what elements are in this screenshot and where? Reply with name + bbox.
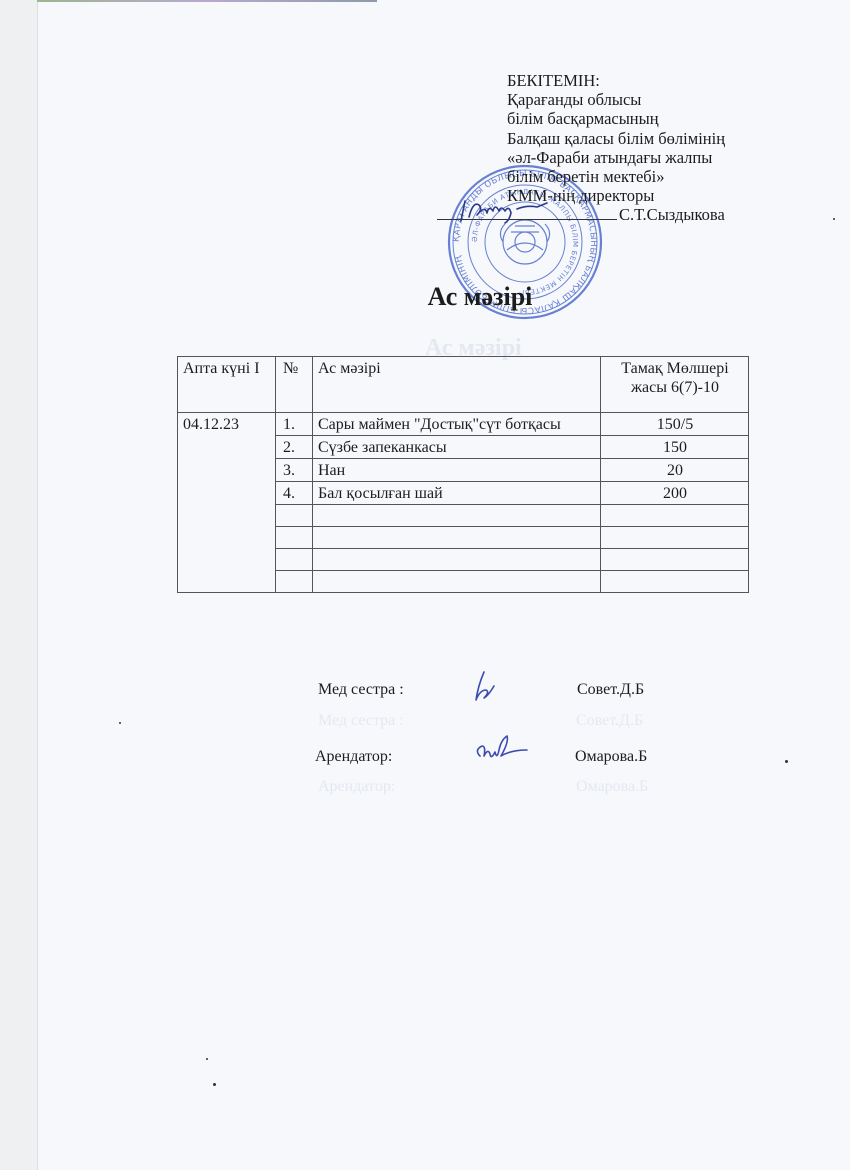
row-dish [313, 505, 601, 527]
bleed-through-sig-1-name: Совет.Д.Б [576, 712, 643, 730]
row-num: 3. [276, 459, 313, 482]
row-num [276, 571, 313, 593]
header-dish: Ас мәзірі [313, 357, 601, 413]
approval-line: «әл-Фараби атындағы жалпы [507, 148, 725, 167]
menu-table: Апта күні І № Ас мәзірі Тамақ Мөлшері жа… [177, 356, 749, 593]
bleed-through-sig-1: Мед сестра : [318, 712, 404, 730]
scan-speck [213, 1083, 216, 1086]
row-num [276, 505, 313, 527]
scan-speck [833, 218, 835, 220]
approval-line: білім беретін мектебі» [507, 167, 725, 186]
approval-line: Қарағанды облысы [507, 90, 725, 109]
nurse-signature-icon [470, 670, 500, 704]
row-num [276, 527, 313, 549]
director-name: С.Т.Сыздыкова [619, 205, 725, 224]
approval-heading: БЕКІТЕМІН: [507, 71, 725, 90]
row-amount [601, 571, 749, 593]
row-num: 4. [276, 482, 313, 505]
row-amount: 150/5 [601, 413, 749, 436]
bleed-through-sig-2-name: Омарова.Б [576, 778, 648, 796]
row-amount: 150 [601, 436, 749, 459]
header-num: № [276, 357, 313, 413]
scan-speck [119, 722, 121, 724]
row-amount [601, 549, 749, 571]
approval-block: БЕКІТЕМІН: Қарағанды облысы білім басқар… [507, 71, 725, 225]
scan-page-edge [0, 0, 38, 1170]
row-dish: Сары маймен "Достық"сүт ботқасы [313, 413, 601, 436]
table-row: 04.12.23 1. Сары маймен "Достық"сүт ботқ… [178, 413, 749, 436]
emblem-icon [500, 220, 549, 264]
row-dish [313, 549, 601, 571]
director-signature-icon [457, 195, 557, 225]
row-num: 2. [276, 436, 313, 459]
director-signature-row: С.Т.Сыздыкова [437, 205, 725, 224]
row-amount [601, 527, 749, 549]
row-dish: Сүзбе запеканкасы [313, 436, 601, 459]
approval-line: Балқаш қаласы білім бөлімінің [507, 129, 725, 148]
table-header-row: Апта күні І № Ас мәзірі Тамақ Мөлшері жа… [178, 357, 749, 413]
nurse-label: Мед сестра : [318, 681, 404, 699]
scan-speck [785, 760, 788, 763]
nurse-name: Совет.Д.Б [577, 681, 644, 699]
scan-top-edge [37, 0, 377, 2]
row-amount: 200 [601, 482, 749, 505]
row-amount: 20 [601, 459, 749, 482]
menu-date: 04.12.23 [178, 413, 276, 593]
header-day: Апта күні І [178, 357, 276, 413]
tenant-label: Арендатор: [315, 748, 392, 766]
bleed-through-sig-2: Арендатор: [318, 778, 395, 796]
row-dish: Нан [313, 459, 601, 482]
row-amount [601, 505, 749, 527]
tenant-name: Омарова.Б [575, 748, 647, 766]
row-num: 1. [276, 413, 313, 436]
approval-line: білім басқармасының [507, 109, 725, 128]
row-dish [313, 571, 601, 593]
page-title: Ас мәзірі [0, 282, 850, 312]
row-dish [313, 527, 601, 549]
row-dish: Бал қосылған шай [313, 482, 601, 505]
tenant-signature-icon [472, 734, 532, 768]
scan-speck [206, 1058, 208, 1060]
row-num [276, 549, 313, 571]
header-amount: Тамақ Мөлшері жасы 6(7)-10 [601, 357, 749, 413]
